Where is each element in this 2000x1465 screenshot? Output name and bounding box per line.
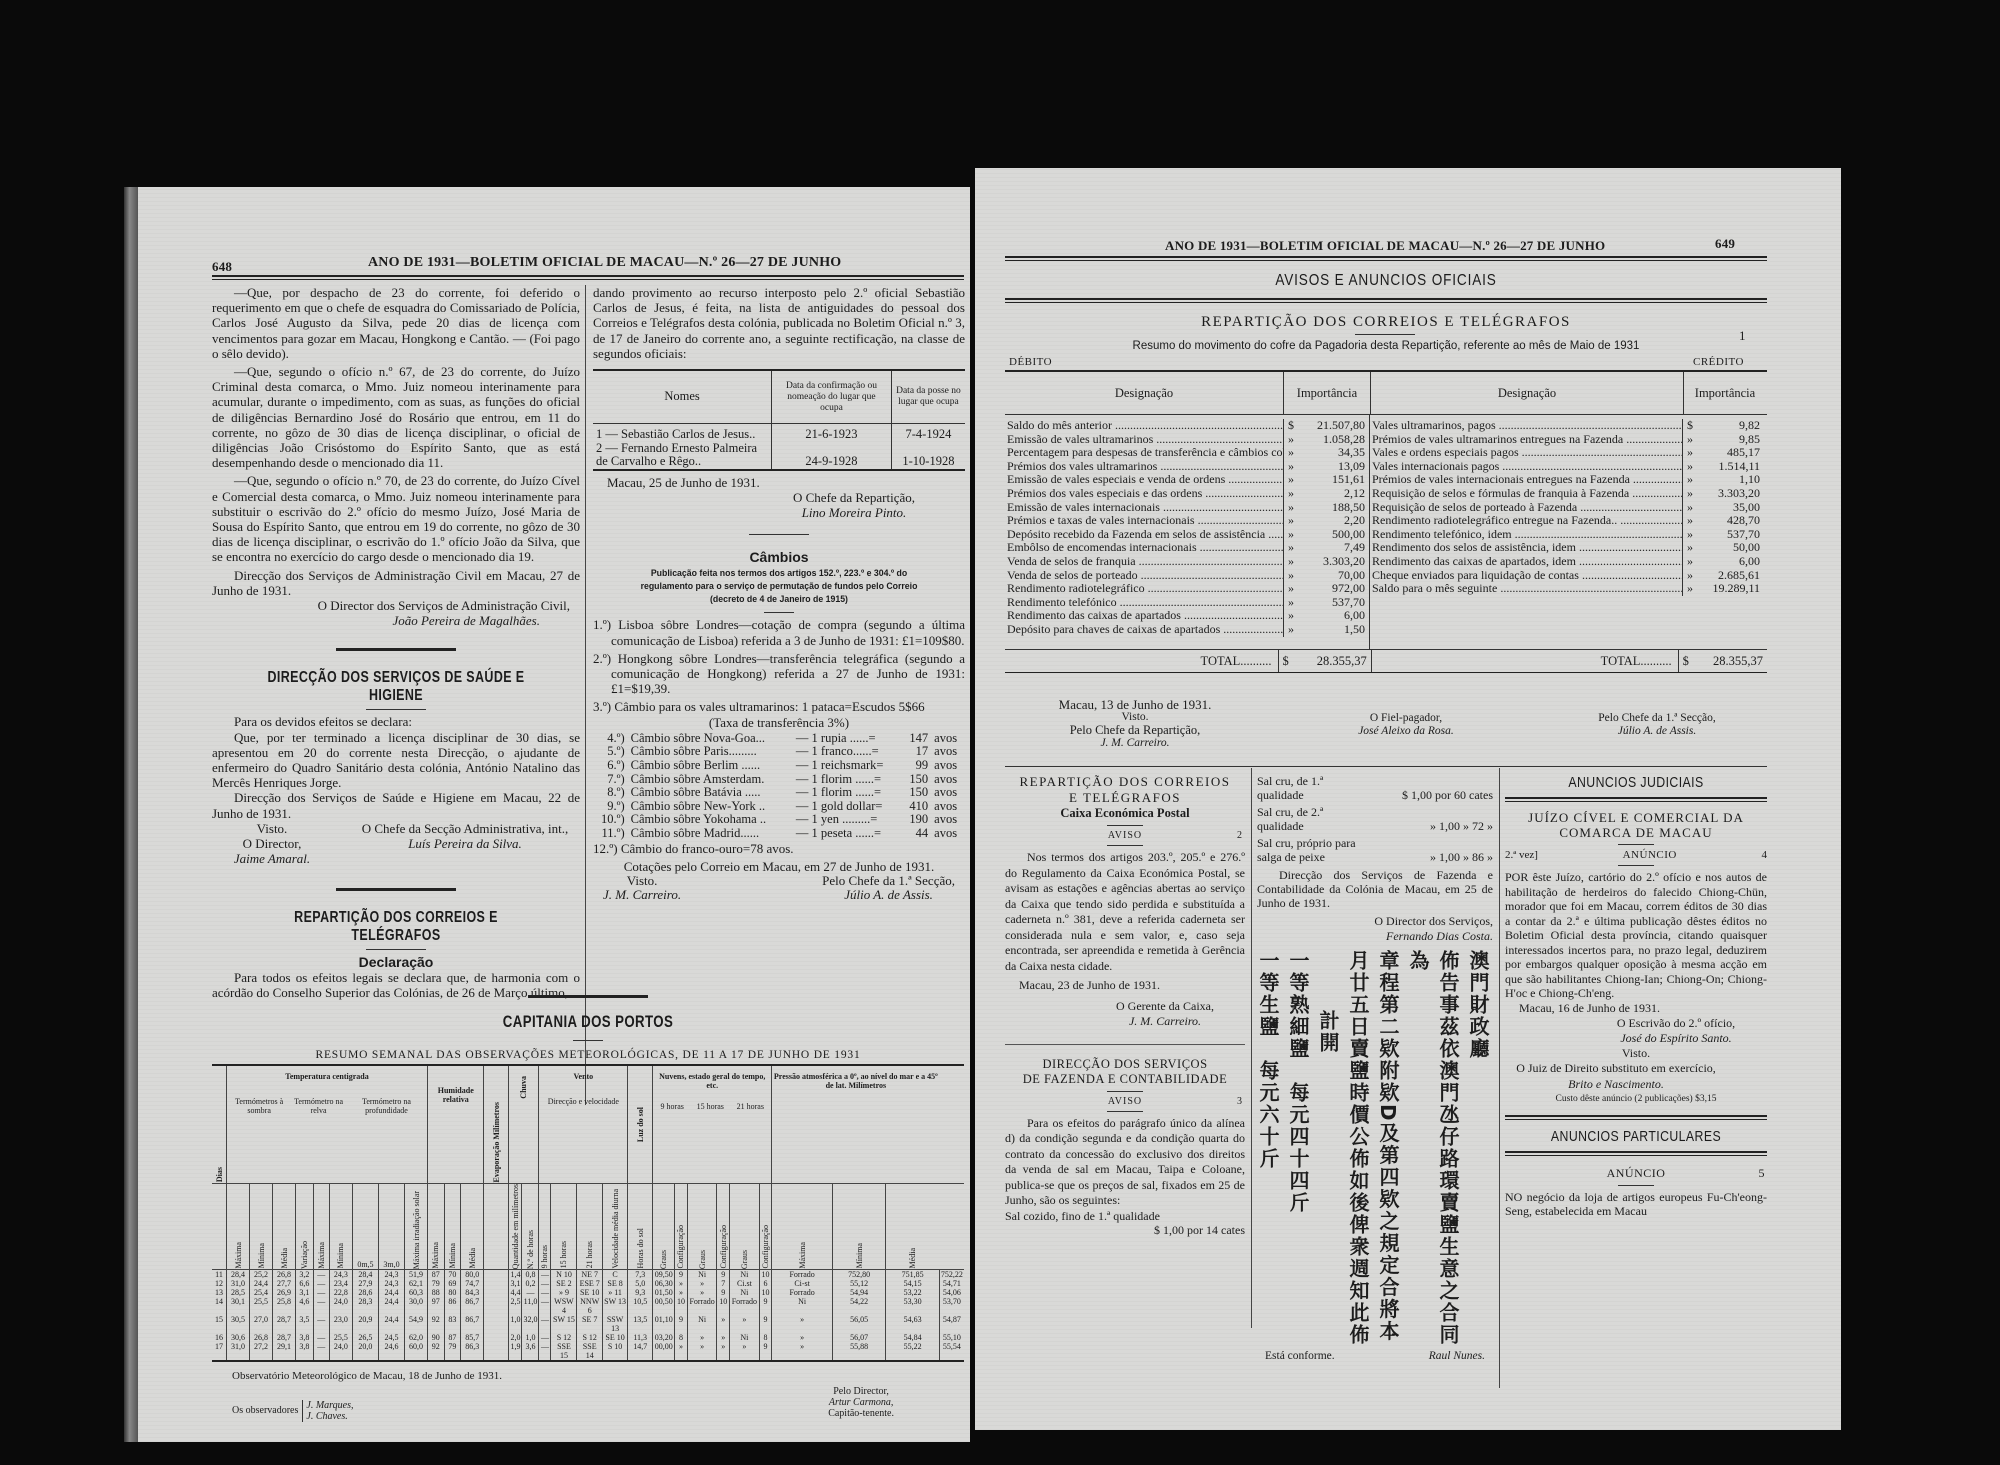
signature-title: O Director dos Serviços,	[1257, 914, 1493, 929]
divider	[366, 949, 426, 950]
cell: 23,0	[329, 1315, 352, 1333]
cell: SE 8	[602, 1279, 627, 1288]
cell: 29,1	[273, 1342, 296, 1361]
column-2: dando provimento ao recurso interposto p…	[593, 285, 965, 902]
cell: 31,0	[227, 1279, 250, 1288]
rate-row: 6.º)Câmbio sôbre Berlim ......— 1 reichs…	[593, 759, 965, 773]
currency-sign: »	[1283, 623, 1304, 637]
amount: 6,00	[1304, 609, 1369, 623]
ledger-row: Prémios de vales ultramarinos entregues …	[1370, 433, 1764, 447]
cell: 56,07	[832, 1333, 885, 1342]
cell: 30,1	[227, 1297, 250, 1315]
observer-name: J. Chaves.	[306, 1411, 353, 1422]
cell: 9	[759, 1297, 772, 1315]
cell: 9	[675, 1269, 688, 1279]
cell: »	[772, 1315, 833, 1333]
cell: 2,0	[509, 1333, 522, 1342]
cell: 3,2	[296, 1269, 314, 1279]
cell: N 10	[551, 1269, 577, 1279]
paragraph: POR êste Juízo, cartório do 2.º ofício e…	[1505, 870, 1767, 1001]
fiel-name: José Aleixo da Rosa.	[1306, 725, 1506, 738]
cell: 751,85	[886, 1269, 939, 1279]
cambios-subtitle: Publicação feita nos termos dos artigos …	[608, 565, 950, 608]
cell: 00,00	[653, 1342, 675, 1361]
left-page: 648 ANO DE 1931—BOLETIM OFICIAL DE MACAU…	[138, 187, 970, 1442]
cell: 24,3	[378, 1269, 404, 1279]
amount: 13,09	[1304, 460, 1369, 474]
designation: Saldo do mês anterior	[1005, 419, 1283, 433]
cell: 11	[212, 1269, 227, 1279]
amount: 2,20	[1304, 514, 1369, 528]
divider	[1355, 334, 1415, 335]
cell: 9	[717, 1269, 730, 1279]
cell: 14,7	[628, 1342, 653, 1361]
cell: 55,12	[832, 1279, 885, 1288]
cell: 24,0	[329, 1297, 352, 1315]
currency-sign: $	[1283, 419, 1304, 433]
subtitle: Declaração	[212, 954, 580, 970]
designation: Venda de selos de porteado	[1005, 569, 1283, 583]
cell: SSE 14	[577, 1342, 603, 1361]
divider	[1107, 825, 1143, 826]
cell: 86	[444, 1297, 461, 1315]
juiz-name: Brito e Nascimento.	[1505, 1077, 1767, 1092]
cell: »	[687, 1279, 717, 1288]
cell: 24,0	[329, 1342, 352, 1361]
cell: 88	[428, 1288, 445, 1297]
cell: »	[675, 1279, 688, 1288]
cell: 3,5	[296, 1315, 314, 1333]
designation: Rendimento das caixas de apartados	[1005, 609, 1283, 623]
juiz-title: O Juiz de Direito substituto em exercíci…	[1505, 1061, 1767, 1076]
cell: 01,10	[653, 1315, 675, 1333]
divider	[1107, 845, 1143, 846]
running-head: ANO DE 1931—BOLETIM OFICIAL DE MACAU—N.º…	[1165, 238, 1605, 254]
cell: »	[717, 1315, 730, 1333]
rate-currency: avos	[931, 745, 965, 759]
date: Macau, 25 de Junho de 1931.	[593, 475, 965, 490]
cell: 24,4	[378, 1288, 404, 1297]
cambio-item: 3.º) Câmbio para os vales ultramarinos: …	[593, 699, 965, 714]
cell: NNW 6	[577, 1297, 603, 1315]
cell: »	[687, 1288, 717, 1297]
chinese-text: 佈告事茲依澳門氹仔路環賣鹽生意之合同為	[1403, 950, 1463, 1350]
resumo-caption: Resumo do movimento do cofre da Pagadori…	[1005, 340, 1767, 352]
ledger-row: Prémios dos vales ultramarinos»13,09	[1005, 460, 1369, 474]
amount: 1.514,11	[1703, 460, 1764, 474]
cell: SW 13	[602, 1297, 627, 1315]
currency-sign: »	[1283, 555, 1304, 569]
director-name: Jaime Amaral.	[212, 851, 332, 866]
cell: 87	[444, 1333, 461, 1342]
cell: 54,84	[886, 1333, 939, 1342]
designation: Requisição de selos de porteado à Fazend…	[1370, 501, 1682, 515]
designation: Prémios de vales ultramarinos entregues …	[1370, 433, 1682, 447]
cell: 24,4	[378, 1315, 404, 1333]
column-divider	[585, 285, 586, 1105]
cell: 30,6	[227, 1333, 250, 1342]
subgroup-header: 15 horas	[697, 1102, 724, 1111]
cell: 9	[675, 1315, 688, 1333]
signature-name: Lino Moreira Pinto.	[593, 505, 965, 520]
ledger-row: Rendimento radiotelegráfico entregue na …	[1370, 514, 1764, 528]
cell: 30,0	[405, 1297, 428, 1315]
cell: 20,0	[352, 1342, 378, 1361]
cell: 10	[675, 1297, 688, 1315]
currency-sign: »	[1682, 569, 1703, 583]
debit-list: Saldo do mês anterior$21.507,80Emissão d…	[1005, 415, 1369, 649]
vez-label: 2.ª vez]	[1505, 849, 1538, 861]
cell: 53,70	[939, 1297, 964, 1315]
rate-value: 150	[902, 773, 931, 787]
divider	[764, 612, 794, 613]
rate-unit: — 1 yen .........=	[793, 813, 902, 827]
custo-label: Custo dêste anúncio (2 publicações) $3,1…	[1505, 1092, 1767, 1107]
table-row: 1630,626,828,73,8—25,526,524,562,0908785…	[212, 1333, 964, 1342]
cell: Ni	[730, 1333, 760, 1342]
price-row: Sal cru, próprio para salga de peixe» 1,…	[1257, 836, 1493, 864]
cell: 1,0	[509, 1315, 522, 1333]
amount: 50,00	[1703, 541, 1764, 555]
divider	[1618, 1185, 1654, 1186]
cell: 51,9	[405, 1269, 428, 1279]
cell: 9,3	[628, 1288, 653, 1297]
cell: 86,7	[461, 1297, 484, 1315]
cell: 9	[759, 1315, 772, 1333]
amount: 3.303,20	[1304, 555, 1369, 569]
price-row: Sal cru, de 2.ª qualidade» 1,00 » 72 »	[1257, 805, 1493, 833]
chinese-text: 一等熟細鹽 每元四十四斤	[1283, 950, 1313, 1350]
ledger-row: Rendimento das caixas de apartados, idem…	[1370, 555, 1764, 569]
ledger-row: Rendimento das caixas de apartados»6,00	[1005, 609, 1369, 623]
designation: Emissão de vales ultramarinos	[1005, 433, 1283, 447]
subgroup-header: Termómetros à sombra	[228, 1097, 290, 1115]
fiel-title: O Fiel-pagador,	[1306, 712, 1506, 725]
cell: Ni	[730, 1288, 760, 1297]
cell: 28,4	[352, 1269, 378, 1279]
cash-signatures: Macau, 13 de Junho de 1931. Visto. Pelo …	[1005, 698, 1767, 750]
designation: Rendimento dos selos de assistência, ide…	[1370, 541, 1682, 555]
currency-sign: »	[1283, 514, 1304, 528]
designation: Depósito para chaves de caixas de aparta…	[1005, 623, 1283, 637]
rate-value: 150	[902, 786, 931, 800]
rule	[1505, 797, 1767, 802]
ledger-row: Embôlso de encomendas internacionais»7,4…	[1005, 541, 1369, 555]
currency-sign: »	[1682, 460, 1703, 474]
currency-sign: »	[1682, 528, 1703, 542]
cell: 10	[717, 1297, 730, 1315]
visto-name: J. M. Carreiro.	[603, 888, 681, 902]
fazenda-title: DE FAZENDA E CONTABILIDADE	[1005, 1072, 1245, 1087]
price-row: Sal cozido, fino de 1.ª qualidade $ 1,00…	[1005, 1209, 1245, 1237]
paragraph: Direcção dos Serviços de Fazenda e Conta…	[1257, 868, 1493, 910]
cell: S 12	[551, 1333, 577, 1342]
rate-number: 5.º)	[593, 745, 628, 759]
amount: 9,85	[1703, 433, 1764, 447]
cell: Forrado	[772, 1288, 833, 1297]
price-value: $ 1,00 por 60 cates	[1402, 788, 1493, 802]
cell: Forrado	[772, 1269, 833, 1279]
cell: 5,0	[628, 1279, 653, 1288]
visto-label: Visto.	[603, 874, 681, 888]
cell: 11,0	[522, 1297, 539, 1315]
ledger-row: Saldo para o mês seguinte»19.289,11	[1370, 582, 1764, 596]
chinese-text: 計開	[1313, 1010, 1343, 1350]
designation: Embôlso de encomendas internacionais	[1005, 541, 1283, 555]
amount: 151,61	[1304, 473, 1369, 487]
amount: 35,00	[1703, 501, 1764, 515]
paragraph: Direcção dos Serviços de Saúde e Higiene…	[212, 790, 580, 820]
cell: 21-6-1923	[772, 424, 892, 442]
cell: Ni	[687, 1269, 717, 1279]
cell: SSW 13	[602, 1315, 627, 1333]
designation: Emissão de vales especiais e venda de or…	[1005, 473, 1283, 487]
rate-number: 9.º)	[593, 800, 628, 814]
cell: —	[313, 1297, 329, 1315]
rate-number: 7.º)	[593, 773, 628, 787]
cell: 25,2	[250, 1269, 273, 1279]
cell: »	[772, 1333, 833, 1342]
caixa-title: REPARTIÇÃO DOS CORREIOS	[1005, 774, 1245, 790]
paragraph: Nos termos dos artigos 203.º, 205.º e 27…	[1005, 850, 1245, 974]
column-header: Importância	[1683, 372, 1766, 414]
cell: 80,0	[461, 1269, 484, 1279]
price-item: Sal cru, próprio para salga de peixe	[1257, 836, 1367, 864]
paragraph: —Que, por despacho de 23 do corrente, fo…	[212, 285, 580, 361]
rate-unit: — 1 florim ......=	[793, 786, 902, 800]
ledger-row: Rendimento telefónico, idem»537,70	[1370, 528, 1764, 542]
pelo-chefe: Pelo Chefe da Repartição,	[1005, 724, 1265, 737]
cell: 3,8	[296, 1333, 314, 1342]
group-header: Chuva	[509, 1065, 539, 1183]
price-value: » 1,00 » 72 »	[1430, 819, 1493, 833]
cell: 28,3	[352, 1297, 378, 1315]
cell: 3,6	[522, 1342, 539, 1361]
right-page: ANO DE 1931—BOLETIM OFICIAL DE MACAU—N.º…	[975, 168, 1841, 1430]
cell: C	[602, 1269, 627, 1279]
signature-title: O Director dos Serviços de Administração…	[212, 598, 580, 613]
rate-value: 147	[902, 732, 931, 746]
cell: 54,87	[939, 1315, 964, 1333]
cell: 80	[444, 1288, 461, 1297]
signature-title: O Gerente da Caixa,	[1005, 999, 1245, 1014]
cell: —	[539, 1342, 551, 1361]
section-title: CAPITANIA DOS PORTOS	[295, 1012, 882, 1032]
divider	[749, 534, 809, 535]
rate-place: Câmbio sôbre Madrid......	[628, 827, 793, 841]
cell: 60,0	[405, 1342, 428, 1361]
amount: 19.289,11	[1703, 582, 1764, 596]
rate-currency: avos	[931, 813, 965, 827]
cell: 9	[759, 1342, 772, 1361]
cell: 85,7	[461, 1333, 484, 1342]
table-row: 2 — Fernando Ernesto Palmeira de Carvalh…	[593, 442, 965, 470]
cell: 83	[444, 1315, 461, 1333]
cotacoes-date: Cotações pelo Correio em Macau, em 27 de…	[593, 859, 965, 874]
ledger-row: Venda de selos de franquia»3.303,20	[1005, 555, 1369, 569]
cell: 9	[717, 1288, 730, 1297]
amount: 6,00	[1703, 555, 1764, 569]
price-item: Sal cru, de 2.ª qualidade	[1257, 805, 1367, 833]
credito-label: CRÉDITO	[1693, 356, 1744, 368]
amount: 3.303,20	[1703, 487, 1764, 501]
ledger-row: Rendimento radiotelegráfico»972,00	[1005, 582, 1369, 596]
credit-list: Vales ultramarinos, pagos$9,82Prémios de…	[1369, 415, 1764, 649]
cell: 0,8	[522, 1269, 539, 1279]
currency-sign: »	[1283, 569, 1304, 583]
cell: 22,8	[329, 1288, 352, 1297]
rate-number: 4.º)	[593, 732, 628, 746]
currency-sign: »	[1682, 473, 1703, 487]
ledger-row: Rendimento telefónico»537,70	[1005, 596, 1369, 610]
aviso-label: AVISO	[1108, 830, 1142, 841]
cell: 27,0	[250, 1315, 273, 1333]
cell: » 11	[602, 1288, 627, 1297]
table-row: 1530,527,028,73,5—23,020,924,454,9928386…	[212, 1315, 964, 1333]
cell: SE 10	[602, 1333, 627, 1342]
cell: 26,5	[352, 1333, 378, 1342]
cell: »	[730, 1342, 760, 1361]
cell: 14	[212, 1297, 227, 1315]
cell: 55,88	[832, 1342, 885, 1361]
cell: 54,71	[939, 1279, 964, 1288]
rate-row: 10.º)Câmbio sôbre Yokohama ..— 1 yen ...…	[593, 813, 965, 827]
currency-sign: »	[1283, 501, 1304, 515]
designation: Prémios dos vales especiais e das ordens	[1005, 487, 1283, 501]
cell: 86,7	[461, 1315, 484, 1333]
section-title: AVISOS E ANUNCIOS OFICIAIS	[1062, 272, 1710, 290]
cell: 24,4	[378, 1297, 404, 1315]
paragraph: —Que, segundo o ofício n.º 67, de 23 do …	[212, 364, 580, 470]
section-title: REPARTIÇÃO DOS CORREIOS E TELÉGRAFOS	[252, 909, 539, 945]
price-item: Sal cozido, fino de 1.ª qualidade	[1005, 1209, 1245, 1223]
cell: 8	[675, 1333, 688, 1342]
cell: SSE 15	[551, 1342, 577, 1361]
cell: 69	[444, 1279, 461, 1288]
section-divider	[336, 648, 456, 651]
amount: 7,49	[1304, 541, 1369, 555]
rate-unit: — 1 rupia ......=	[793, 732, 902, 746]
cell: 53,30	[886, 1297, 939, 1315]
section-divider	[528, 995, 648, 998]
rate-place: Câmbio sôbre Batávia .....	[628, 786, 793, 800]
cell: 55,54	[939, 1342, 964, 1361]
cell: 1,4	[509, 1269, 522, 1279]
cell: 32,0	[522, 1315, 539, 1333]
pelo-director: Pelo Director,	[828, 1386, 894, 1397]
cell: 0,2	[522, 1279, 539, 1288]
rate-value: 44	[902, 827, 931, 841]
cell: Forrado	[687, 1297, 717, 1315]
cell: —	[539, 1333, 551, 1342]
header-rule	[212, 275, 964, 280]
cell: 12	[212, 1279, 227, 1288]
header-rule	[1005, 256, 1767, 261]
designation: Vales e ordens especiais pagos	[1370, 446, 1682, 460]
paragraph: Que, por ter terminado a licença discipl…	[212, 730, 580, 791]
rate-place: Câmbio sôbre Paris.........	[628, 745, 793, 759]
currency-sign: »	[1283, 582, 1304, 596]
ledger-row: Vales ultramarinos, pagos$9,82	[1370, 419, 1764, 433]
designation: Percentagem para despesas de transferênc…	[1005, 446, 1283, 460]
aviso-number: 3	[1237, 1096, 1243, 1107]
cell: 03,20	[653, 1333, 675, 1342]
column-a: REPARTIÇÃO DOS CORREIOS E TELÉGRAFOS Cai…	[1005, 774, 1245, 1237]
cell: 1,9	[509, 1342, 522, 1361]
ledger-row: Prémios dos vales especiais e das ordens…	[1005, 487, 1369, 501]
cell: SE 7	[577, 1315, 603, 1333]
rule	[1505, 1115, 1767, 1120]
column-header: Designação	[1370, 372, 1683, 414]
cell: 2,5	[509, 1297, 522, 1315]
cell: 06,30	[653, 1279, 675, 1288]
column-divider	[1499, 768, 1500, 1388]
cell: 84,3	[461, 1288, 484, 1297]
column-b: Sal cru, de 1.ª qualidade$ 1,00 por 60 c…	[1257, 774, 1493, 1362]
rate-number: 6.º)	[593, 759, 628, 773]
cell: 70	[444, 1269, 461, 1279]
cell: 24,3	[378, 1279, 404, 1288]
group-header: Humidade relativa	[428, 1065, 484, 1183]
rate-place: Câmbio sôbre Nova-Goa...	[628, 732, 793, 746]
cell: 1-10-1928	[891, 442, 965, 470]
cambio-item: 12.º) Câmbio do franco-ouro=78 avos.	[593, 841, 965, 856]
met-subtitle: RESUMO SEMANAL DAS OBSERVAÇÕES METEOROLÓ…	[212, 1049, 964, 1061]
amount: 537,70	[1703, 528, 1764, 542]
currency-sign: »	[1283, 433, 1304, 447]
cell: 10	[759, 1288, 772, 1297]
cell: 26,9	[273, 1288, 296, 1297]
currency-sign: »	[1283, 446, 1304, 460]
date: Macau, 16 de Junho de 1931.	[1505, 1001, 1767, 1016]
visto-label: Visto.	[1505, 1046, 1767, 1061]
amount: 428,70	[1703, 514, 1764, 528]
cell: 92	[428, 1315, 445, 1333]
cell: ESE 7	[577, 1279, 603, 1288]
subgroup-header: 9 horas	[661, 1102, 684, 1111]
cell: 56,05	[832, 1315, 885, 1333]
ledger-row: Vales e ordens especiais pagos»485,17	[1370, 446, 1764, 460]
cell: 87	[428, 1269, 445, 1279]
cell: 7	[717, 1279, 730, 1288]
currency-sign: »	[1283, 596, 1304, 610]
cell: 62,1	[405, 1279, 428, 1288]
amount: 972,00	[1304, 582, 1369, 596]
cell: 24,6	[378, 1342, 404, 1361]
designation: Vales internacionais pagos	[1370, 460, 1682, 474]
currency-sign: »	[1283, 541, 1304, 555]
seccao-name: Júlio A. de Assis.	[1547, 725, 1767, 738]
cambio-item: 2.º) Hongkong sôbre Londres—transferênci…	[593, 651, 965, 697]
cell: 01,50	[653, 1288, 675, 1297]
anuncio-label: ANÚNCIO	[1607, 1166, 1666, 1180]
cell: NE 7	[577, 1269, 603, 1279]
chinese-text: 澳門財政廳	[1463, 950, 1493, 1350]
rate-unit: — 1 reichsmark=	[793, 759, 902, 773]
date: Macau, 13 de Junho de 1931.	[1005, 698, 1265, 711]
subgroup-header: Termómetro na relva	[290, 1097, 347, 1115]
amount: 2.685,61	[1703, 569, 1764, 583]
cell: SW 15	[551, 1315, 577, 1333]
cell: 15	[212, 1315, 227, 1333]
designation: Rendimento telefónico, idem	[1370, 528, 1682, 542]
rule	[1005, 1044, 1245, 1045]
cell: 25,4	[250, 1288, 273, 1297]
cell: »	[717, 1333, 730, 1342]
currency-sign: »	[1682, 541, 1703, 555]
chefe-name: Luís Pereira da Silva.	[350, 836, 580, 851]
designation: Saldo para o mês seguinte	[1370, 582, 1682, 596]
